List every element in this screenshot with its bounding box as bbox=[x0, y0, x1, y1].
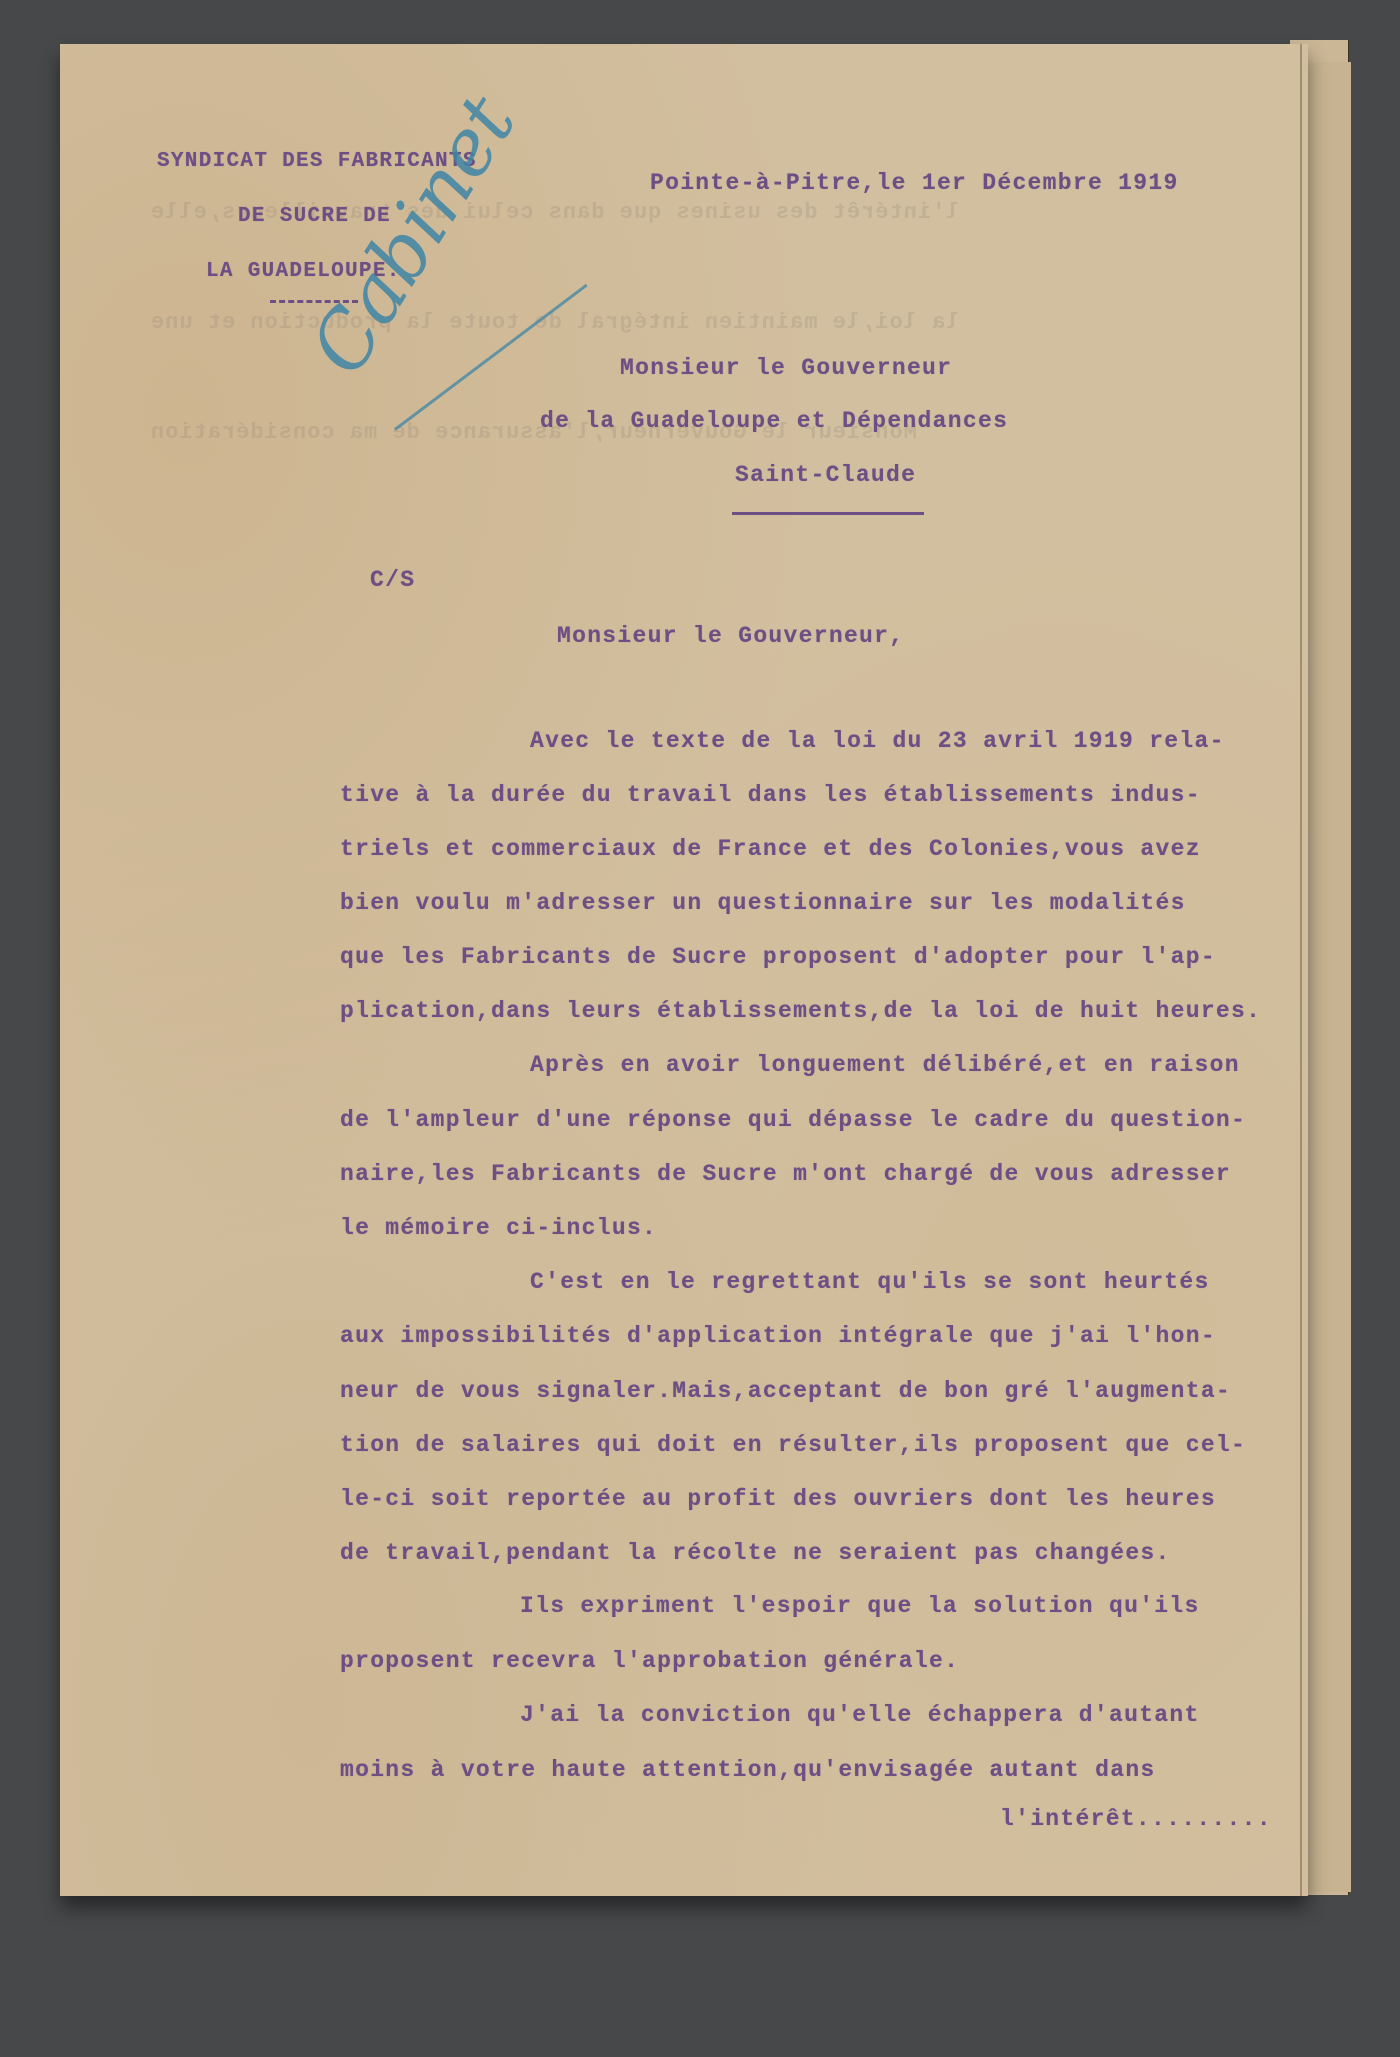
page-edge-line bbox=[1300, 44, 1302, 1896]
body-line: de l'ampleur d'une réponse qui dépasse l… bbox=[340, 1107, 1246, 1133]
body-line: Ils expriment l'espoir que la solution q… bbox=[520, 1593, 1200, 1619]
body-line: bien voulu m'adresser un questionnaire s… bbox=[340, 890, 1186, 916]
body-line: Après en avoir longuement délibéré,et en… bbox=[530, 1052, 1240, 1078]
body-line: le mémoire ci-inclus. bbox=[340, 1215, 657, 1241]
body-line: Avec le texte de la loi du 23 avril 1919… bbox=[530, 728, 1225, 754]
body-line: triels et commerciaux de France et des C… bbox=[340, 836, 1201, 862]
body-line: plication,dans leurs établissements,de l… bbox=[340, 998, 1261, 1024]
body-line: J'ai la conviction qu'elle échappera d'a… bbox=[520, 1702, 1200, 1728]
body-line: neur de vous signaler.Mais,acceptant de … bbox=[340, 1378, 1231, 1404]
bleed-through-text: la loi,le maintien intégral de toute la … bbox=[150, 310, 960, 335]
recipient-line-2: de la Guadeloupe et Dépendances bbox=[540, 408, 1008, 434]
recipient-line-1: Monsieur le Gouverneur bbox=[620, 355, 952, 381]
recipient-underline bbox=[732, 512, 924, 515]
body-line: C'est en le regrettant qu'ils se sont he… bbox=[530, 1269, 1210, 1295]
continuation-text: l'intérêt......... bbox=[1000, 1806, 1272, 1832]
date-line: Pointe-à-Pitre,le 1er Décembre 1919 bbox=[650, 170, 1179, 196]
body-line: de travail,pendant la récolte ne seraien… bbox=[340, 1540, 1171, 1566]
body-line: aux impossibilités d'application intégra… bbox=[340, 1323, 1216, 1349]
recipient-line-3: Saint-Claude bbox=[735, 462, 916, 488]
body-line: moins à votre haute attention,qu'envisag… bbox=[340, 1757, 1156, 1783]
salutation: Monsieur le Gouverneur, bbox=[557, 623, 904, 649]
reference-code: C/S bbox=[370, 567, 415, 593]
body-line: proposent recevra l'approbation générale… bbox=[340, 1648, 959, 1674]
body-line: naire,les Fabricants de Sucre m'ont char… bbox=[340, 1161, 1231, 1187]
body-line: que les Fabricants de Sucre proposent d'… bbox=[340, 944, 1216, 970]
body-line: tive à la durée du travail dans les étab… bbox=[340, 782, 1201, 808]
body-line: tion de salaires qui doit en résulter,il… bbox=[340, 1432, 1246, 1458]
body-line: le-ci soit reportée au profit des ouvrie… bbox=[340, 1486, 1216, 1512]
